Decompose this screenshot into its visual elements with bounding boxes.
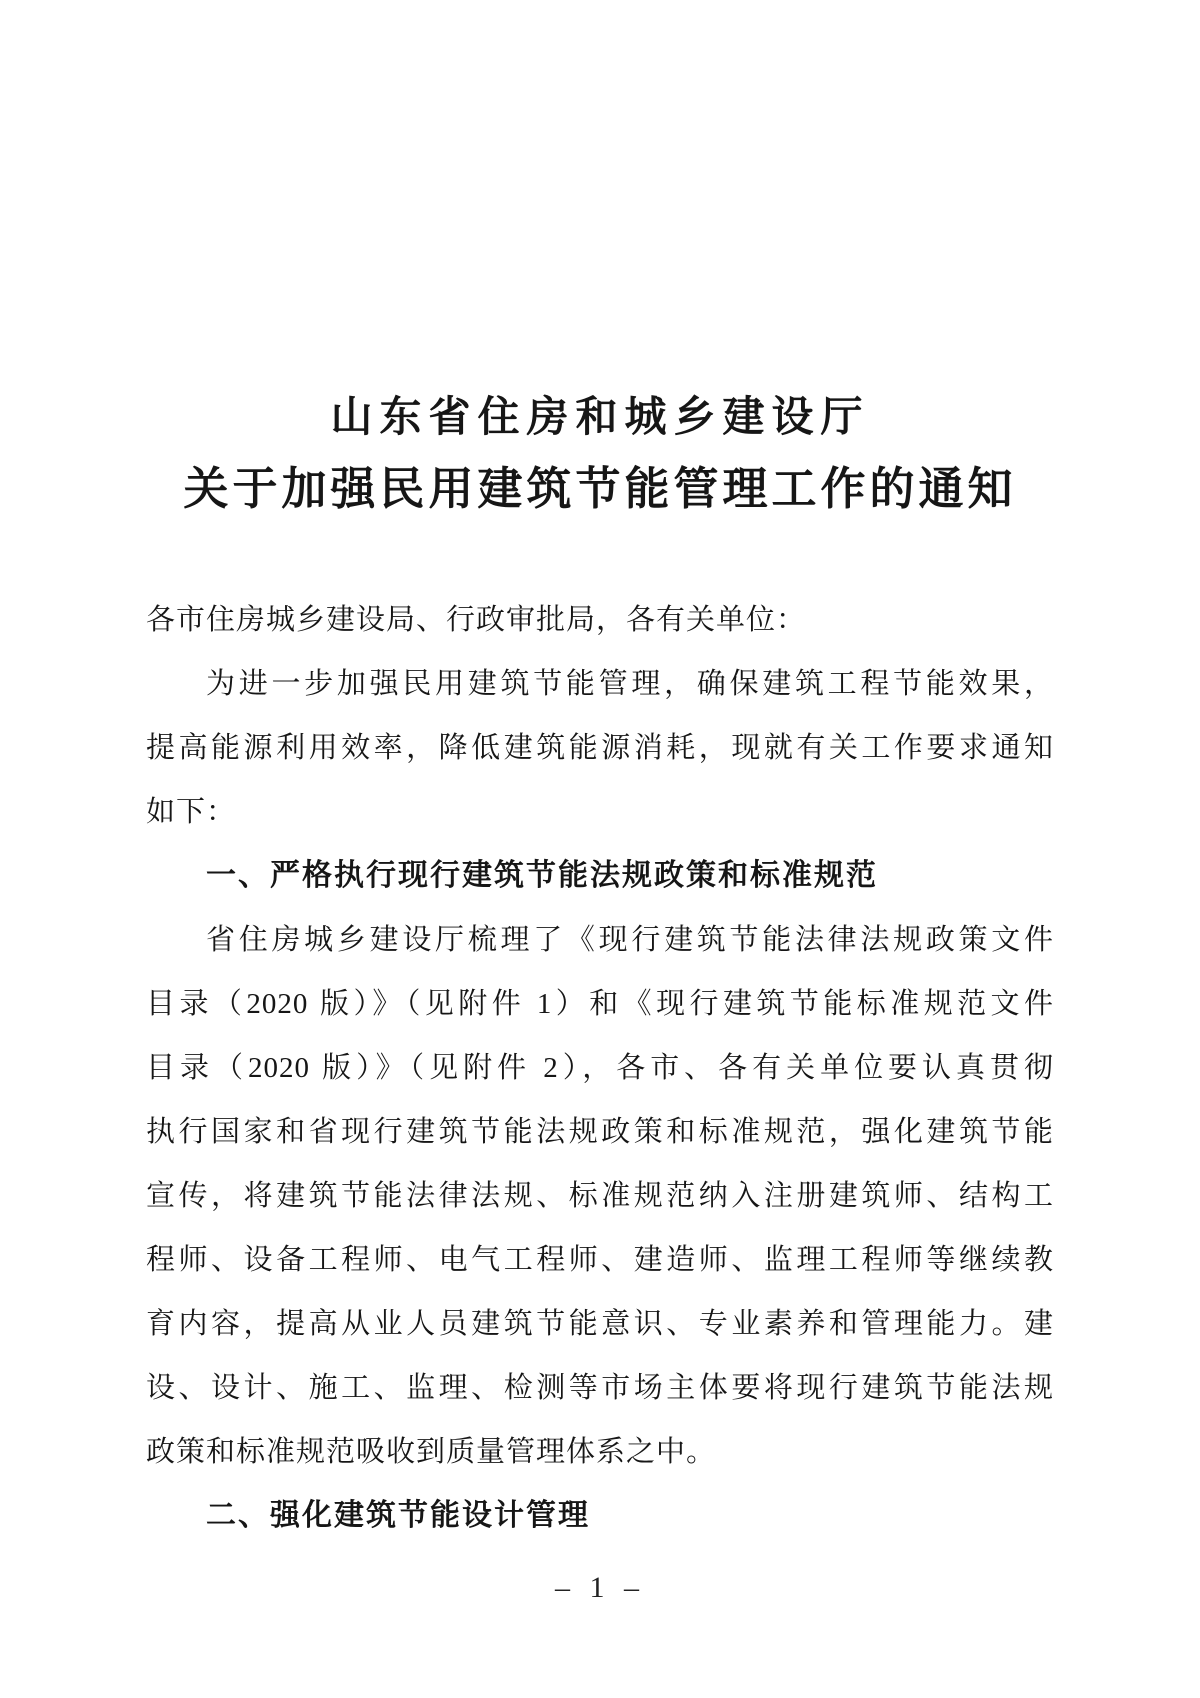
body-line: 宣传，将建筑节能法律法规、标准规范纳入注册建筑师、结构工 [146, 1164, 1054, 1228]
body-line: 执行国家和省现行建筑节能法规政策和标准规范，强化建筑节能 [146, 1100, 1054, 1164]
body-line: 为进一步加强民用建筑节能管理，确保建筑工程节能效果， [146, 652, 1054, 716]
body-line: 如下： [146, 780, 1054, 844]
body-line: 程师、设备工程师、电气工程师、建造师、监理工程师等继续教 [146, 1228, 1054, 1292]
body-line: 政策和标准规范吸收到质量管理体系之中。 [146, 1420, 1054, 1484]
body-line: 省住房城乡建设厅梳理了《现行建筑节能法律法规政策文件 [146, 908, 1054, 972]
body-line: 设、设计、施工、监理、检测等市场主体要将现行建筑节能法规 [146, 1356, 1054, 1420]
document-body: 各市住房城乡建设局、行政审批局，各有关单位：为进一步加强民用建筑节能管理，确保建… [146, 588, 1054, 1548]
body-line: 一、严格执行现行建筑节能法规政策和标准规范 [146, 844, 1054, 908]
title-organization: 山东省住房和城乡建设厅 [0, 394, 1200, 442]
document-title: 山东省住房和城乡建设厅 关于加强民用建筑节能管理工作的通知 [0, 394, 1200, 514]
document-page: 山东省住房和城乡建设厅 关于加强民用建筑节能管理工作的通知 各市住房城乡建设局、… [0, 0, 1200, 1698]
page-number: – 1 – [555, 1571, 645, 1604]
body-line: 二、强化建筑节能设计管理 [146, 1484, 1054, 1548]
body-line: 各市住房城乡建设局、行政审批局，各有关单位： [146, 588, 1054, 652]
title-subject: 关于加强民用建筑节能管理工作的通知 [0, 464, 1200, 514]
page-footer: – 1 – [0, 1566, 1200, 1610]
body-line: 目录（2020 版）》（见附件 2），各市、各有关单位要认真贯彻 [146, 1036, 1054, 1100]
body-line: 目录（2020 版）》（见附件 1）和《现行建筑节能标准规范文件 [146, 972, 1054, 1036]
body-line: 提高能源利用效率，降低建筑能源消耗，现就有关工作要求通知 [146, 716, 1054, 780]
body-line: 育内容，提高从业人员建筑节能意识、专业素养和管理能力。建 [146, 1292, 1054, 1356]
